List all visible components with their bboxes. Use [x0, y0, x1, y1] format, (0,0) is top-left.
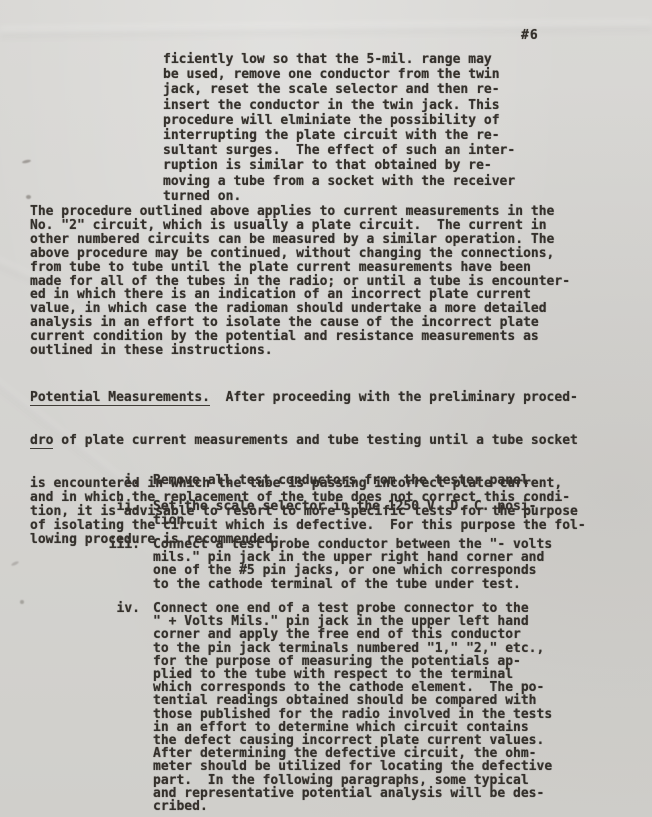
paragraph-current-measurements: The procedure outlined above applies to … — [30, 205, 570, 358]
paper-smudge — [11, 560, 20, 566]
page-number: #6 — [521, 28, 539, 43]
paper-crease — [0, 21, 652, 40]
list-item-numeral: ii. — [92, 500, 140, 514]
paper-smudge — [20, 600, 24, 604]
list-item: iii. Connect a test probe conductor betw… — [92, 538, 552, 591]
list-item: iv. Connect one end of a test probe conn… — [92, 602, 552, 813]
list-item-text: Connect a test probe conductor between t… — [153, 538, 552, 591]
paper-smudge — [26, 195, 31, 199]
list-item-text: Remove all test conductors from the test… — [153, 474, 537, 488]
text-line: dro of plate current measurements and tu… — [30, 434, 586, 448]
list-item: i. Remove all test conductors from the t… — [92, 474, 537, 488]
underlined-carryover: dro — [30, 433, 53, 449]
scanned-typewritten-page: #6 ficiently low so that the 5-mil. rang… — [0, 0, 652, 817]
indented-paragraph-continuation: ficiently low so that the 5-mil. range m… — [163, 52, 515, 204]
text-run: After proceeding with the preliminary pr… — [210, 390, 578, 405]
list-item-numeral: i. — [92, 474, 140, 488]
paper-smudge — [22, 159, 31, 164]
text-line: Potential Measurements. After proceeding… — [30, 391, 586, 405]
list-item-numeral: iv. — [92, 602, 140, 615]
text-run: of plate current measurements and tube t… — [53, 433, 577, 448]
list-item: ii. Set the scale selector in the 1250 V… — [92, 500, 537, 527]
list-item-text: Connect one end of a test probe connecto… — [153, 602, 552, 813]
list-item-text: Set the scale selector in the 1250 V. D.… — [153, 500, 537, 527]
list-item-numeral: iii. — [92, 538, 140, 551]
section-heading: Potential Measurements. — [30, 390, 210, 406]
